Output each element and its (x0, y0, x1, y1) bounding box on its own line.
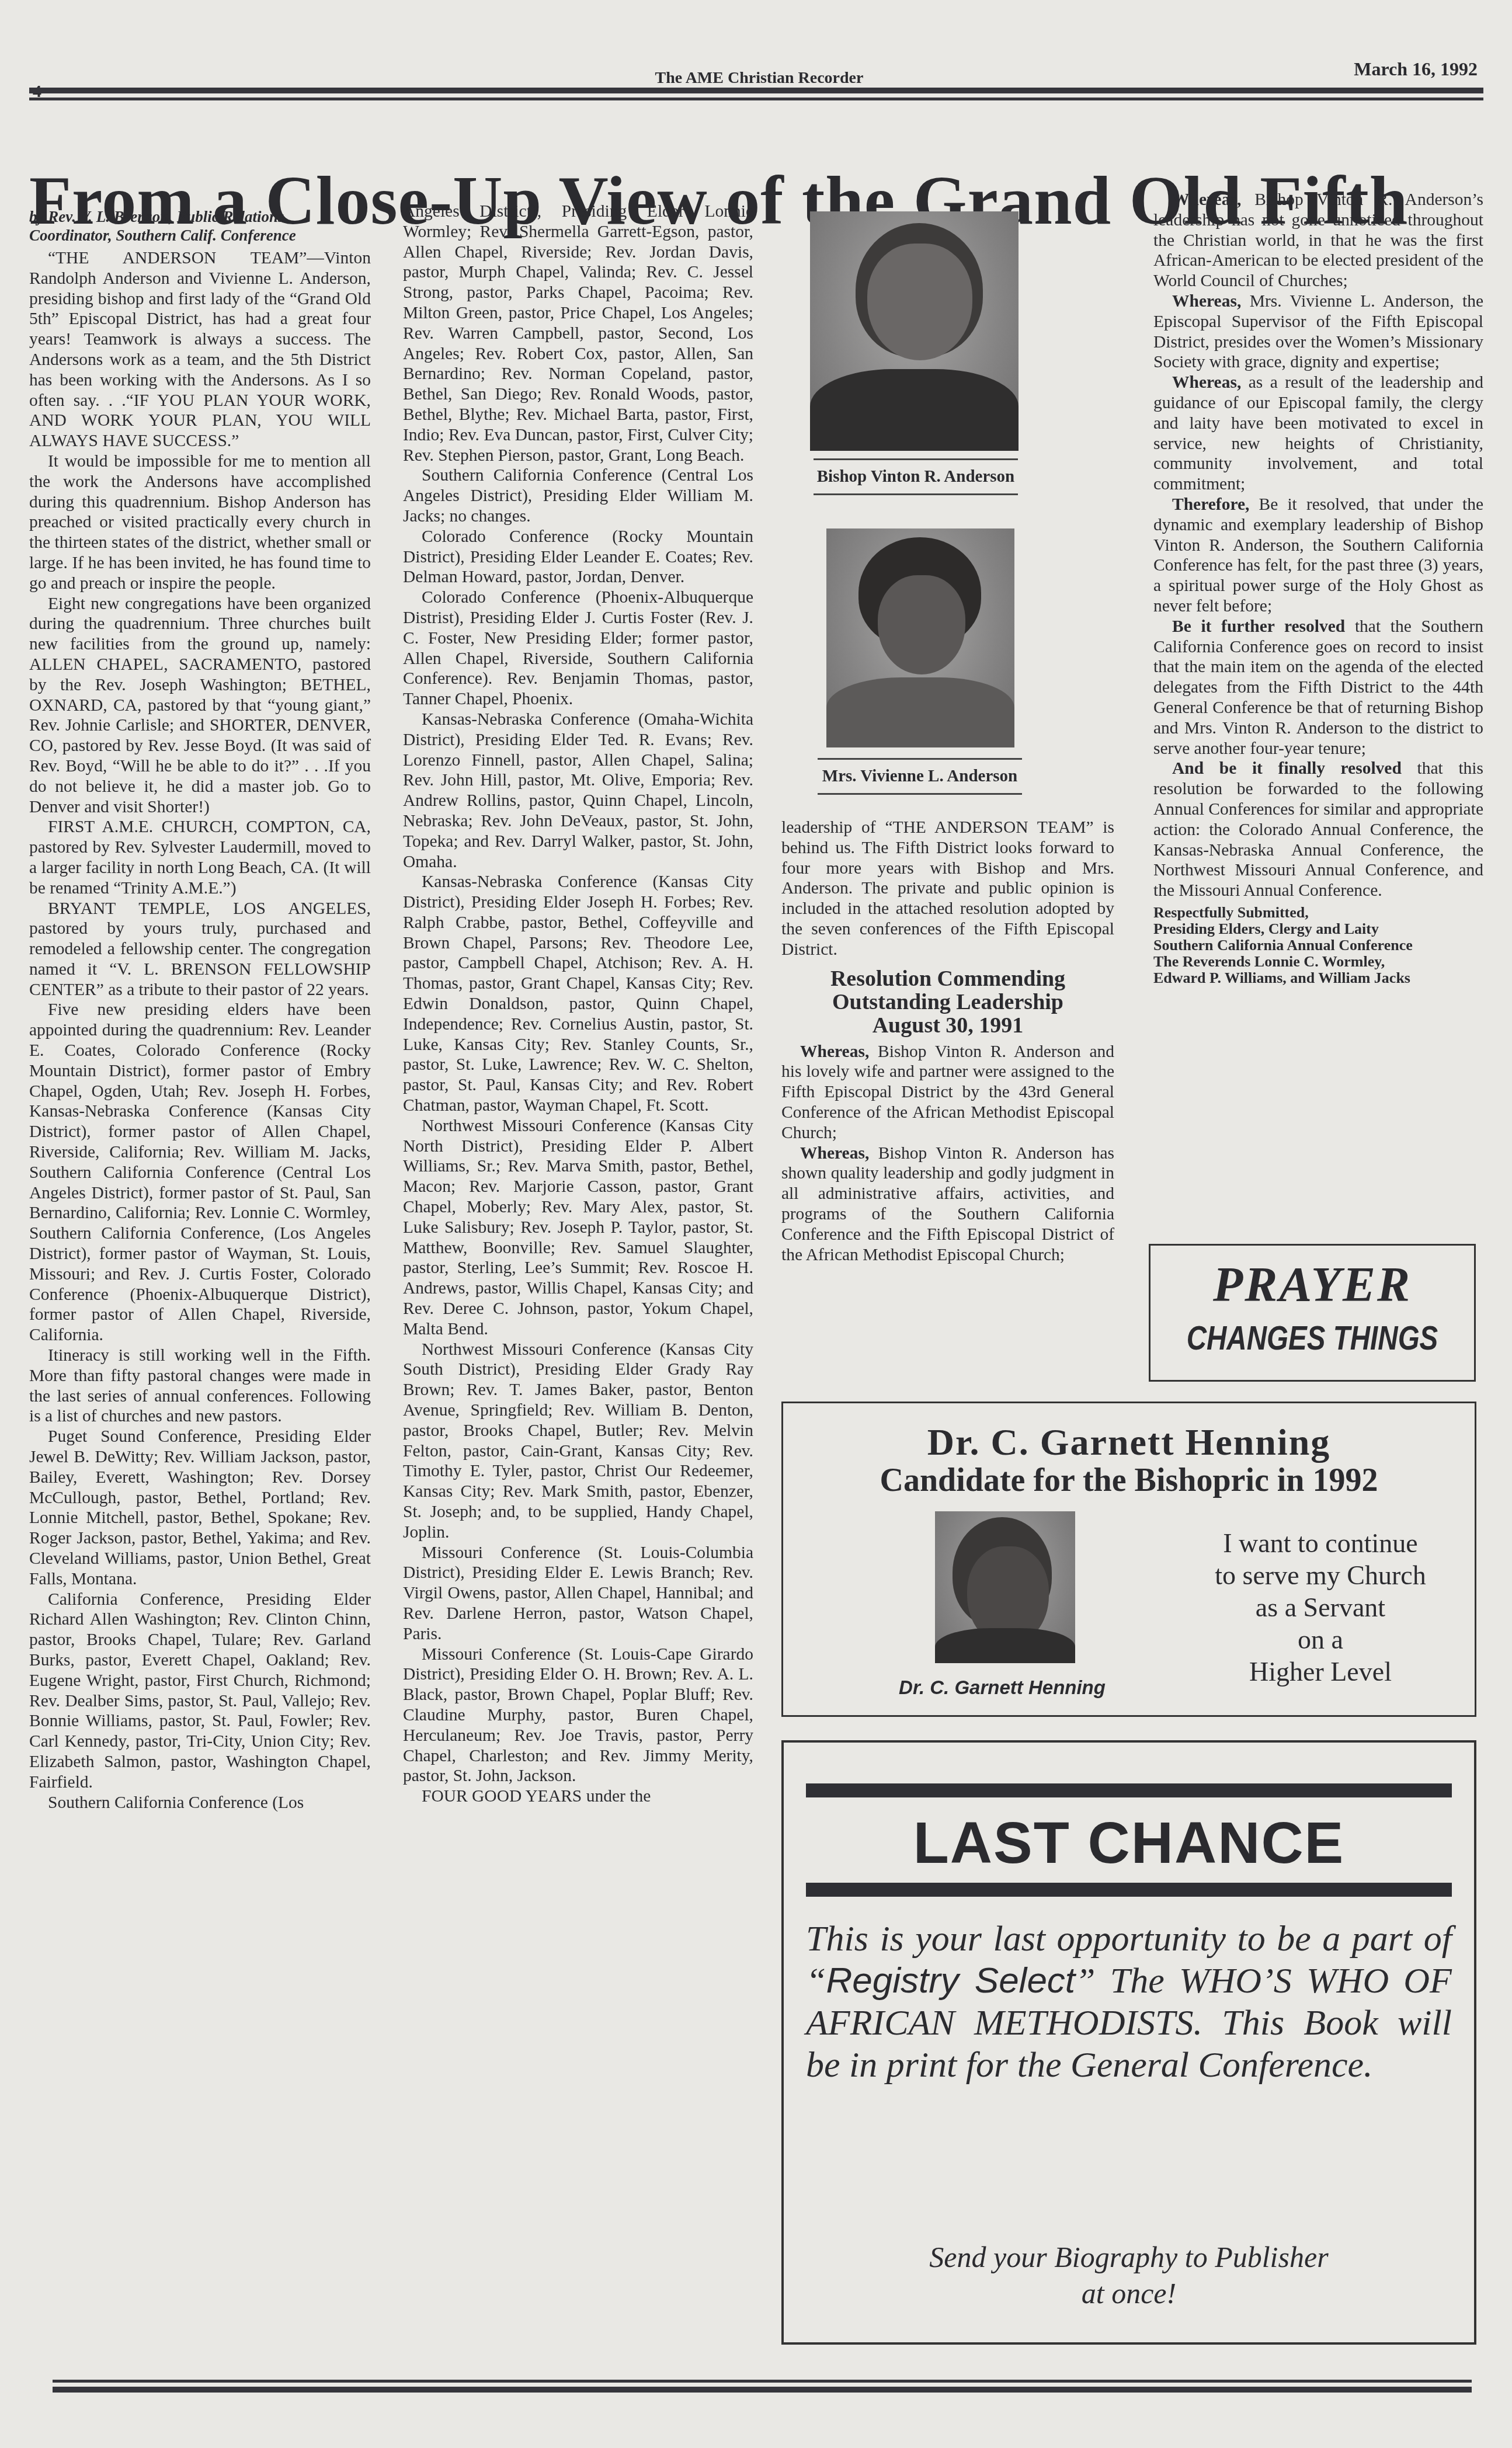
paragraph: It would be impossible for me to mention… (29, 451, 371, 594)
resolution-clause: Whereas, Bishop Vinton R. Anderson and h… (781, 1042, 1114, 1143)
resolution-clause: And be it finally resolved that this res… (1153, 759, 1483, 901)
bishop-anderson-photo (810, 211, 1019, 451)
paragraph: FOUR GOOD YEARS under the (403, 1786, 753, 1807)
resolution-clause: Therefore, Be it resolved, that under th… (1153, 495, 1483, 617)
newspaper-page: 4 The AME Christian Recorder March 16, 1… (0, 0, 1512, 2448)
resolution-clause: Be it further resolved that the Southern… (1153, 617, 1483, 759)
bottom-double-rule (53, 2380, 1472, 2397)
paragraph: Itineracy is still working well in the F… (29, 1345, 371, 1427)
resolution-clause: Whereas, as a result of the leadership a… (1153, 373, 1483, 495)
paragraph: Colorado Conference (Rocky Mountain Dist… (403, 527, 753, 587)
article-column-2: Angeles District), Presiding Elder Lonni… (403, 201, 753, 1807)
article-column-4: Whereas, Bishop Vinton R. Anderson’s lea… (1153, 190, 1483, 986)
paragraph: Southern California Conference (Central … (403, 465, 753, 526)
divider-bar (806, 1783, 1452, 1797)
paper-name: The AME Christian Recorder (29, 69, 1489, 88)
last-chance-title: LAST CHANCE (784, 1810, 1474, 1877)
resolution-clause: Whereas, Bishop Vinton R. Anderson has s… (781, 1143, 1114, 1265)
wife-photo-caption: Mrs. Vivienne L. Anderson (818, 758, 1022, 795)
divider-bar (806, 1883, 1452, 1897)
henning-candidate-ad: Dr. C. Garnett Henning Candidate for the… (781, 1402, 1476, 1717)
mrs-anderson-portrait (826, 528, 1014, 747)
paragraph: Northwest Missouri Conference (Kansas Ci… (403, 1116, 753, 1340)
paragraph: Five new presiding elders have been appo… (29, 1000, 371, 1345)
article-column-3: leadership of “THE ANDERSON TEAM” is beh… (781, 818, 1114, 1265)
bishop-photo-caption: Bishop Vinton R. Anderson (814, 458, 1018, 495)
top-double-rule (29, 88, 1483, 105)
paragraph: Southern California Conference (Los (29, 1793, 371, 1813)
resolution-clause: Whereas, Mrs. Vivienne L. Anderson, the … (1153, 291, 1483, 373)
henning-ad-subtitle: Candidate for the Bishopric in 1992 (783, 1462, 1475, 1499)
paragraph: Eight new congregations have been organi… (29, 594, 371, 818)
paragraph: Puget Sound Conference, Presiding Elder … (29, 1427, 371, 1589)
paragraph: Missouri Conference (St. Louis-Cape Gira… (403, 1644, 753, 1787)
henning-photo (935, 1511, 1075, 1663)
henning-ad-name: Dr. C. Garnett Henning (783, 1421, 1475, 1464)
paragraph: Northwest Missouri Conference (Kansas Ci… (403, 1340, 753, 1543)
paragraph: BRYANT TEMPLE, LOS ANGELES, pastored by … (29, 899, 371, 1000)
last-chance-ad: LAST CHANCE This is your last opportunit… (781, 1740, 1476, 2345)
prayer-ad-line2: CHANGES THINGS (1180, 1322, 1445, 1355)
prayer-ad-line1: PRAYER (1150, 1261, 1474, 1310)
paragraph: FIRST A.M.E. CHURCH, COMPTON, CA, pastor… (29, 817, 371, 898)
issue-date: March 16, 1992 (1354, 58, 1478, 80)
henning-ad-message: I want to continue to serve my Church as… (1180, 1527, 1461, 1688)
paragraph: Kansas-Nebraska Conference (Omaha-Wichit… (403, 710, 753, 872)
resolution-clause: Whereas, Bishop Vinton R. Anderson’s lea… (1153, 190, 1483, 291)
article-column-1: by Rev. V. L. Brenson, Public Relations … (29, 207, 371, 1813)
henning-photo-caption: Dr. C. Garnett Henning (871, 1677, 1134, 1699)
prayer-changes-things-ad: PRAYER CHANGES THINGS (1149, 1244, 1476, 1382)
paragraph: Angeles District), Presiding Elder Lonni… (403, 201, 753, 465)
paragraph: Kansas-Nebraska Conference (Kansas City … (403, 872, 753, 1116)
paragraph: California Conference, Presiding Elder R… (29, 1590, 371, 1793)
resolution-signoff: Respectfully Submitted, Presiding Elders… (1153, 905, 1483, 986)
resolution-title: Resolution Commending Outstanding Leader… (781, 967, 1114, 1037)
paragraph: Missouri Conference (St. Louis-Columbia … (403, 1543, 753, 1644)
last-chance-body: This is your last opportunity to be a pa… (806, 1918, 1452, 2086)
paragraph: leadership of “THE ANDERSON TEAM” is beh… (781, 818, 1114, 960)
paragraph: Colorado Conference (Phoenix-Albuquerque… (403, 587, 753, 710)
paragraph: “THE ANDERSON TEAM”—Vinton Randolph Ande… (29, 248, 371, 451)
byline: by Rev. V. L. Brenson, Public Relations … (29, 207, 371, 245)
last-chance-footer: Send your Biography to Publisher at once… (801, 2239, 1457, 2311)
